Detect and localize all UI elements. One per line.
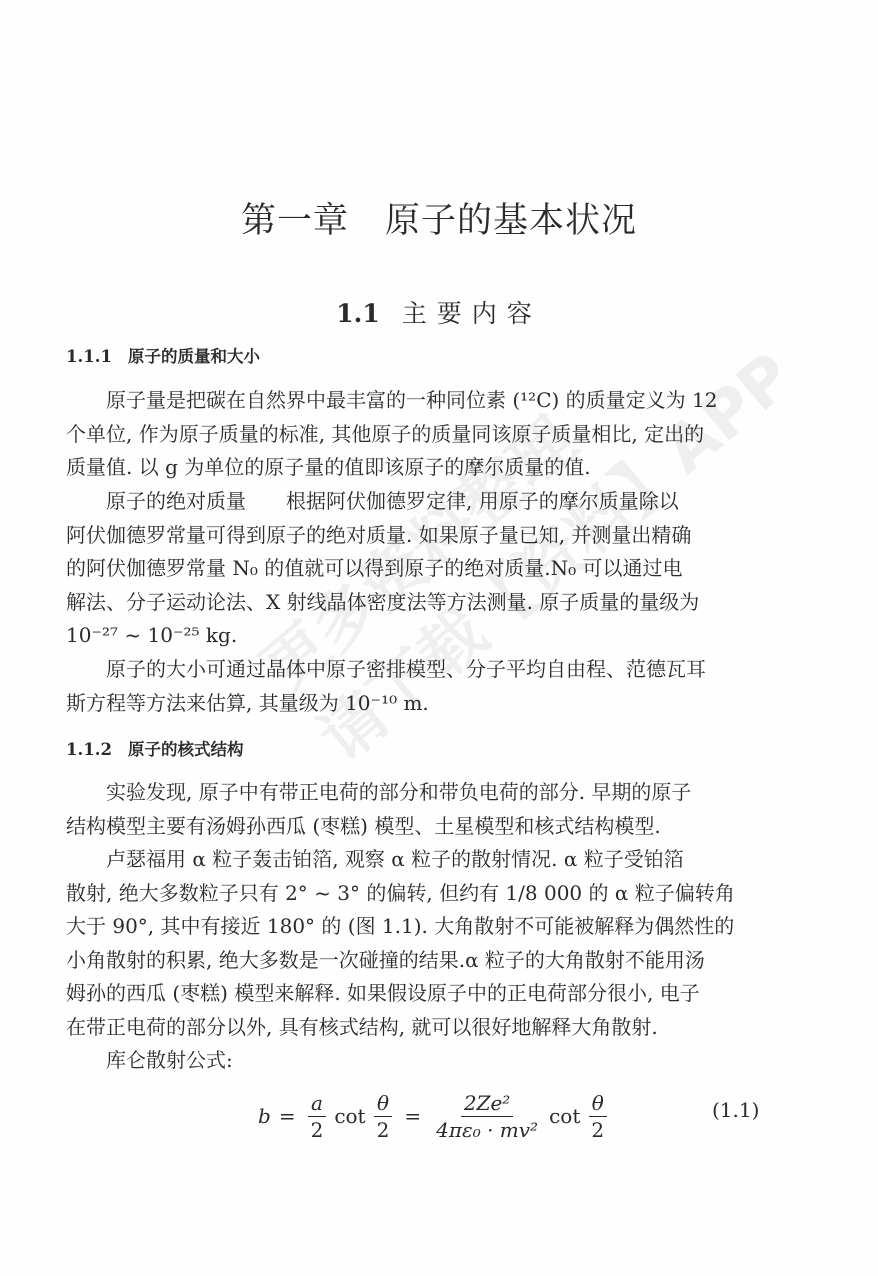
fraction-denominator: 2 <box>588 1117 607 1143</box>
text-line: 的阿伏伽德罗常量 N₀ 的值就可以得到原子的绝对质量.N₀ 可以通过电 <box>66 552 768 586</box>
fraction: θ 2 <box>374 1090 393 1143</box>
text-line: 卢瑟福用 α 粒子轰击铂箔, 观察 α 粒子的散射情况. α 粒子受铂箔 <box>66 843 768 877</box>
eq-equals: = <box>404 1104 421 1128</box>
paragraph: 实验发现, 原子中有带正电荷的部分和带负电荷的部分. 早期的原子 结构模型主要有… <box>66 776 768 843</box>
subsection-heading: 1.1.2原子的核式结构 <box>66 736 243 760</box>
paragraph: 原子的大小可通过晶体中原子密排模型、分子平均自由程、范德瓦耳 斯方程等方法来估算… <box>66 653 768 720</box>
fraction-numerator: θ <box>589 1090 607 1117</box>
chapter-title: 第一章原子的基本状况 <box>0 193 878 243</box>
fraction: θ 2 <box>588 1090 607 1143</box>
text-line: 在带正电荷的部分以外, 具有核式结构, 就可以很好地解释大角散射. <box>66 1011 768 1045</box>
equation: b = a 2 cot θ 2 = 2Ze² 4πε₀ · mv² cot θ … <box>258 1076 611 1156</box>
text-line: 小角散射的积累, 绝大多数是一次碰撞的结果.α 粒子的大角散射不能用汤 <box>66 944 768 978</box>
equation-number: (1.1) <box>712 1098 759 1122</box>
text-line: 散射, 绝大多数粒子只有 2° ~ 3° 的偏转, 但约有 1/8 000 的 … <box>66 877 768 911</box>
text-line: 解法、分子运动论法、X 射线晶体密度法等方法测量. 原子质量的量级为 <box>66 586 768 620</box>
eq-lhs: b <box>258 1104 271 1128</box>
paragraph: 原子的绝对质量根据阿伏伽德罗定律, 用原子的摩尔质量除以 阿伏伽德罗常量可得到原… <box>66 485 768 653</box>
text-span: 根据阿伏伽德罗定律, 用原子的摩尔质量除以 <box>286 489 679 513</box>
eq-equals: = <box>279 1104 296 1128</box>
text-line: 大于 90°, 其中有接近 180° 的 (图 1.1). 大角散射不可能被解释… <box>66 910 768 944</box>
fraction-denominator: 2 <box>308 1117 327 1143</box>
subsection-title: 原子的质量和大小 <box>128 347 260 366</box>
fraction-numerator: a <box>308 1090 326 1117</box>
text-line: 结构模型主要有汤姆孙西瓜 (枣糕) 模型、土星模型和核式结构模型. <box>66 810 768 844</box>
paragraph: 原子量是把碳在自然界中最丰富的一种同位素 (¹²C) 的质量定义为 12 个单位… <box>66 384 768 485</box>
text-line: 原子的大小可通过晶体中原子密排模型、分子平均自由程、范德瓦耳 <box>66 653 768 687</box>
text-line: 质量值. 以 g 为单位的原子量的值即该原子的摩尔质量的值. <box>66 451 768 485</box>
fraction-denominator: 4πε₀ · mv² <box>433 1117 541 1143</box>
fraction: 2Ze² 4πε₀ · mv² <box>433 1090 541 1143</box>
section-title: 1.1主要内容 <box>0 294 878 330</box>
text-line: 10⁻²⁷ ~ 10⁻²⁵ kg. <box>66 619 768 653</box>
subsection-title: 原子的核式结构 <box>128 740 244 759</box>
paragraph: 库仑散射公式: <box>66 1044 768 1078</box>
cot-function: cot <box>334 1104 365 1128</box>
paragraph: 卢瑟福用 α 粒子轰击铂箔, 观察 α 粒子的散射情况. α 粒子受铂箔 散射,… <box>66 843 768 1044</box>
fraction-denominator: 2 <box>374 1117 393 1143</box>
chapter-name: 原子的基本状况 <box>385 201 637 241</box>
subsection-number: 1.1.2 <box>66 740 112 759</box>
text-line: 实验发现, 原子中有带正电荷的部分和带负电荷的部分. 早期的原子 <box>66 776 768 810</box>
fraction-numerator: 2Ze² <box>461 1090 513 1117</box>
text-line: 原子量是把碳在自然界中最丰富的一种同位素 (¹²C) 的质量定义为 12 <box>66 384 768 418</box>
text-line: 原子的绝对质量根据阿伏伽德罗定律, 用原子的摩尔质量除以 <box>66 485 768 519</box>
chapter-number: 第一章 <box>241 201 349 241</box>
section-number: 1.1 <box>336 299 380 328</box>
text-line: 姆孙的西瓜 (枣糕) 模型来解释. 如果假设原子中的正电荷部分很小, 电子 <box>66 977 768 1011</box>
text-line: 个单位, 作为原子质量的标准, 其他原子的质量同该原子质量相比, 定出的 <box>66 418 768 452</box>
text-line: 库仑散射公式: <box>66 1044 768 1078</box>
fraction: a 2 <box>308 1090 327 1143</box>
lead-term: 原子的绝对质量 <box>106 489 246 513</box>
text-line: 斯方程等方法来估算, 其量级为 10⁻¹⁰ m. <box>66 687 768 721</box>
fraction-numerator: θ <box>374 1090 392 1117</box>
section-name: 主要内容 <box>402 299 542 328</box>
subsection-heading: 1.1.1原子的质量和大小 <box>66 343 260 367</box>
subsection-number: 1.1.1 <box>66 347 112 366</box>
text-line: 阿伏伽德罗常量可得到原子的绝对质量. 如果原子量已知, 并测量出精确 <box>66 519 768 553</box>
cot-function: cot <box>549 1104 580 1128</box>
